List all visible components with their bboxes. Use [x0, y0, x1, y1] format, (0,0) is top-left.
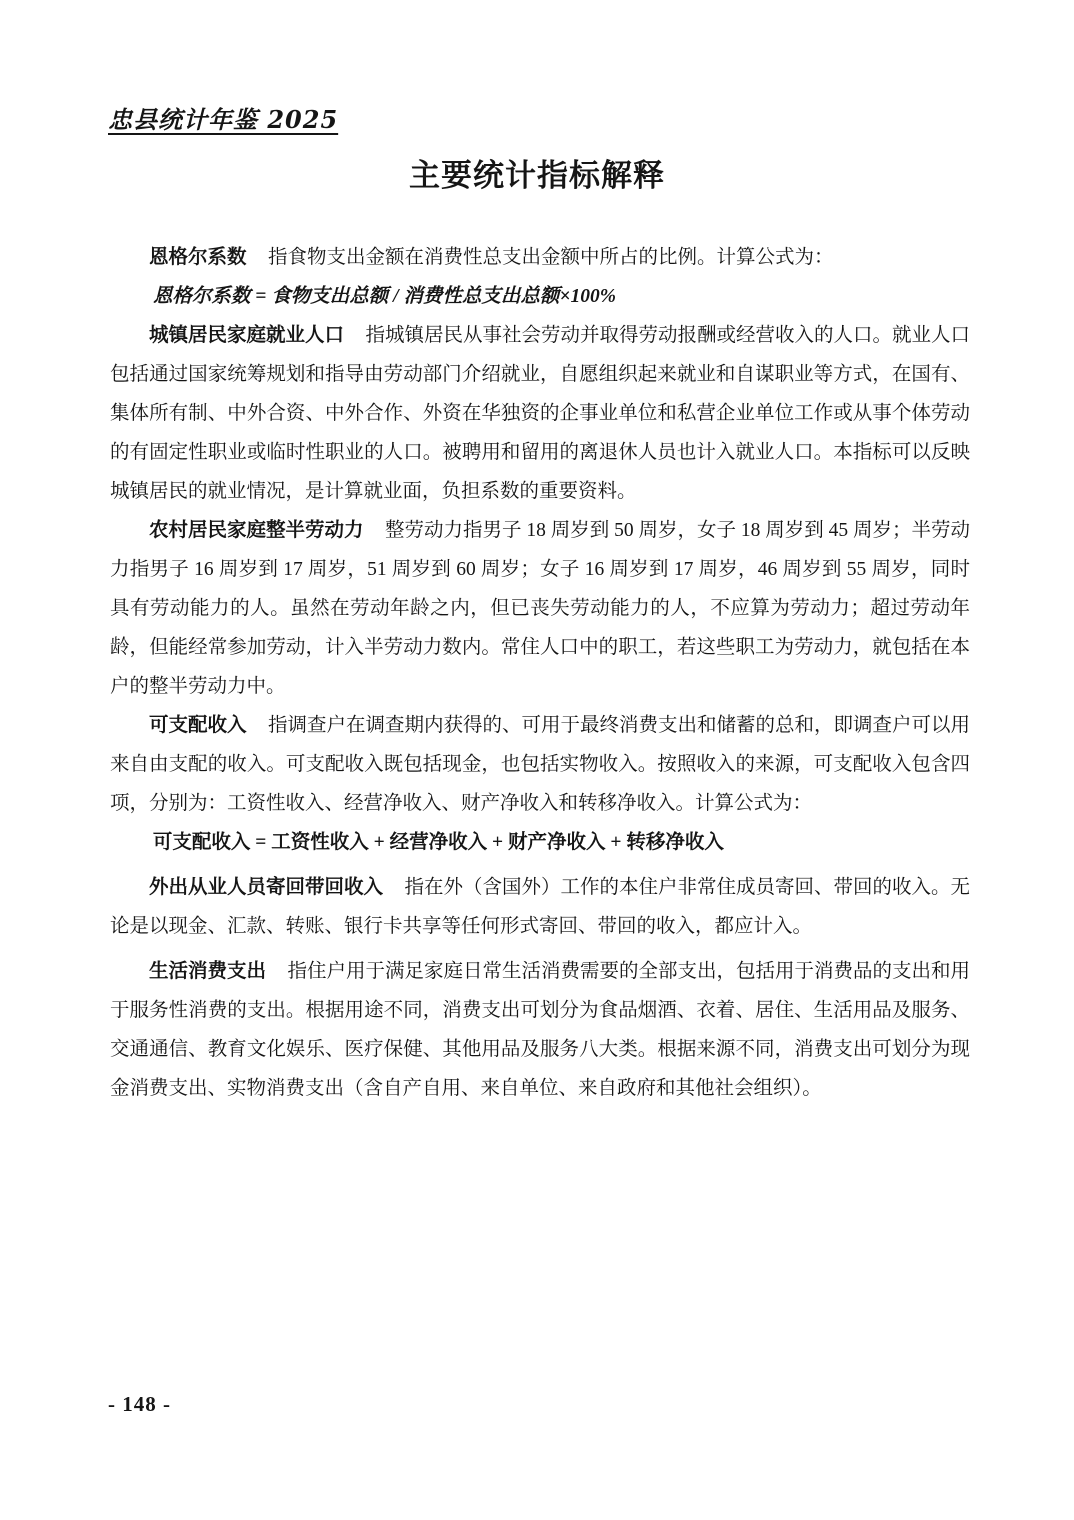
term-label: 城镇居民家庭就业人口	[149, 324, 344, 346]
term-label: 恩格尔系数	[149, 246, 247, 268]
definition-paragraph-urban-employment: 城镇居民家庭就业人口指城镇居民从事社会劳动并取得劳动报酬或经营收入的人口。就业人…	[110, 316, 970, 511]
term-label: 外出从业人员寄回带回收入	[149, 876, 383, 898]
definition-paragraph-disposable-income: 可支配收入指调查户在调查期内获得的、可用于最终消费支出和储蓄的总和，即调查户可以…	[110, 706, 970, 823]
term-label: 可支配收入	[149, 714, 247, 736]
term-label: 生活消费支出	[149, 960, 266, 982]
definition-text: 整劳动力指男子 18 周岁到 50 周岁，女子 18 周岁到 45 周岁；半劳动…	[110, 520, 970, 697]
page-number: - 148 -	[108, 1392, 171, 1417]
definition-paragraph-engel: 恩格尔系数指食物支出金额在消费性总支出金额中所占的比例。计算公式为：	[110, 238, 970, 277]
definition-paragraph-rural-labor: 农村居民家庭整半劳动力整劳动力指男子 18 周岁到 50 周岁，女子 18 周岁…	[110, 511, 970, 706]
definition-paragraph-consumption-expenditure: 生活消费支出指住户用于满足家庭日常生活消费需要的全部支出，包括用于消费品的支出和…	[110, 952, 970, 1108]
definitions-content: 恩格尔系数指食物支出金额在消费性总支出金额中所占的比例。计算公式为： 恩格尔系数…	[110, 238, 970, 1108]
definition-text: 指城镇居民从事社会劳动并取得劳动报酬或经营收入的人口。就业人口包括通过国家统筹规…	[110, 325, 970, 502]
running-header-title: 忠县统计年鉴 2025	[108, 100, 338, 135]
definition-paragraph-remitted-income: 外出从业人员寄回带回收入指在外（含国外）工作的本住户非常住成员寄回、带回的收入。…	[110, 868, 970, 946]
term-label: 农村居民家庭整半劳动力	[149, 519, 364, 541]
formula-line-disposable-income: 可支配收入 = 工资性收入 + 经营净收入 + 财产净收入 + 转移净收入	[110, 823, 970, 862]
page-title: 主要统计指标解释	[0, 156, 1074, 196]
definition-text: 指食物支出金额在消费性总支出金额中所占的比例。计算公式为：	[268, 247, 834, 268]
formula-line-engel: 恩格尔系数 = 食物支出总额 / 消费性总支出总额×100%	[110, 277, 970, 316]
yearbook-document-page: 忠县统计年鉴 2025 主要统计指标解释 恩格尔系数指食物支出金额在消费性总支出…	[0, 0, 1074, 1520]
